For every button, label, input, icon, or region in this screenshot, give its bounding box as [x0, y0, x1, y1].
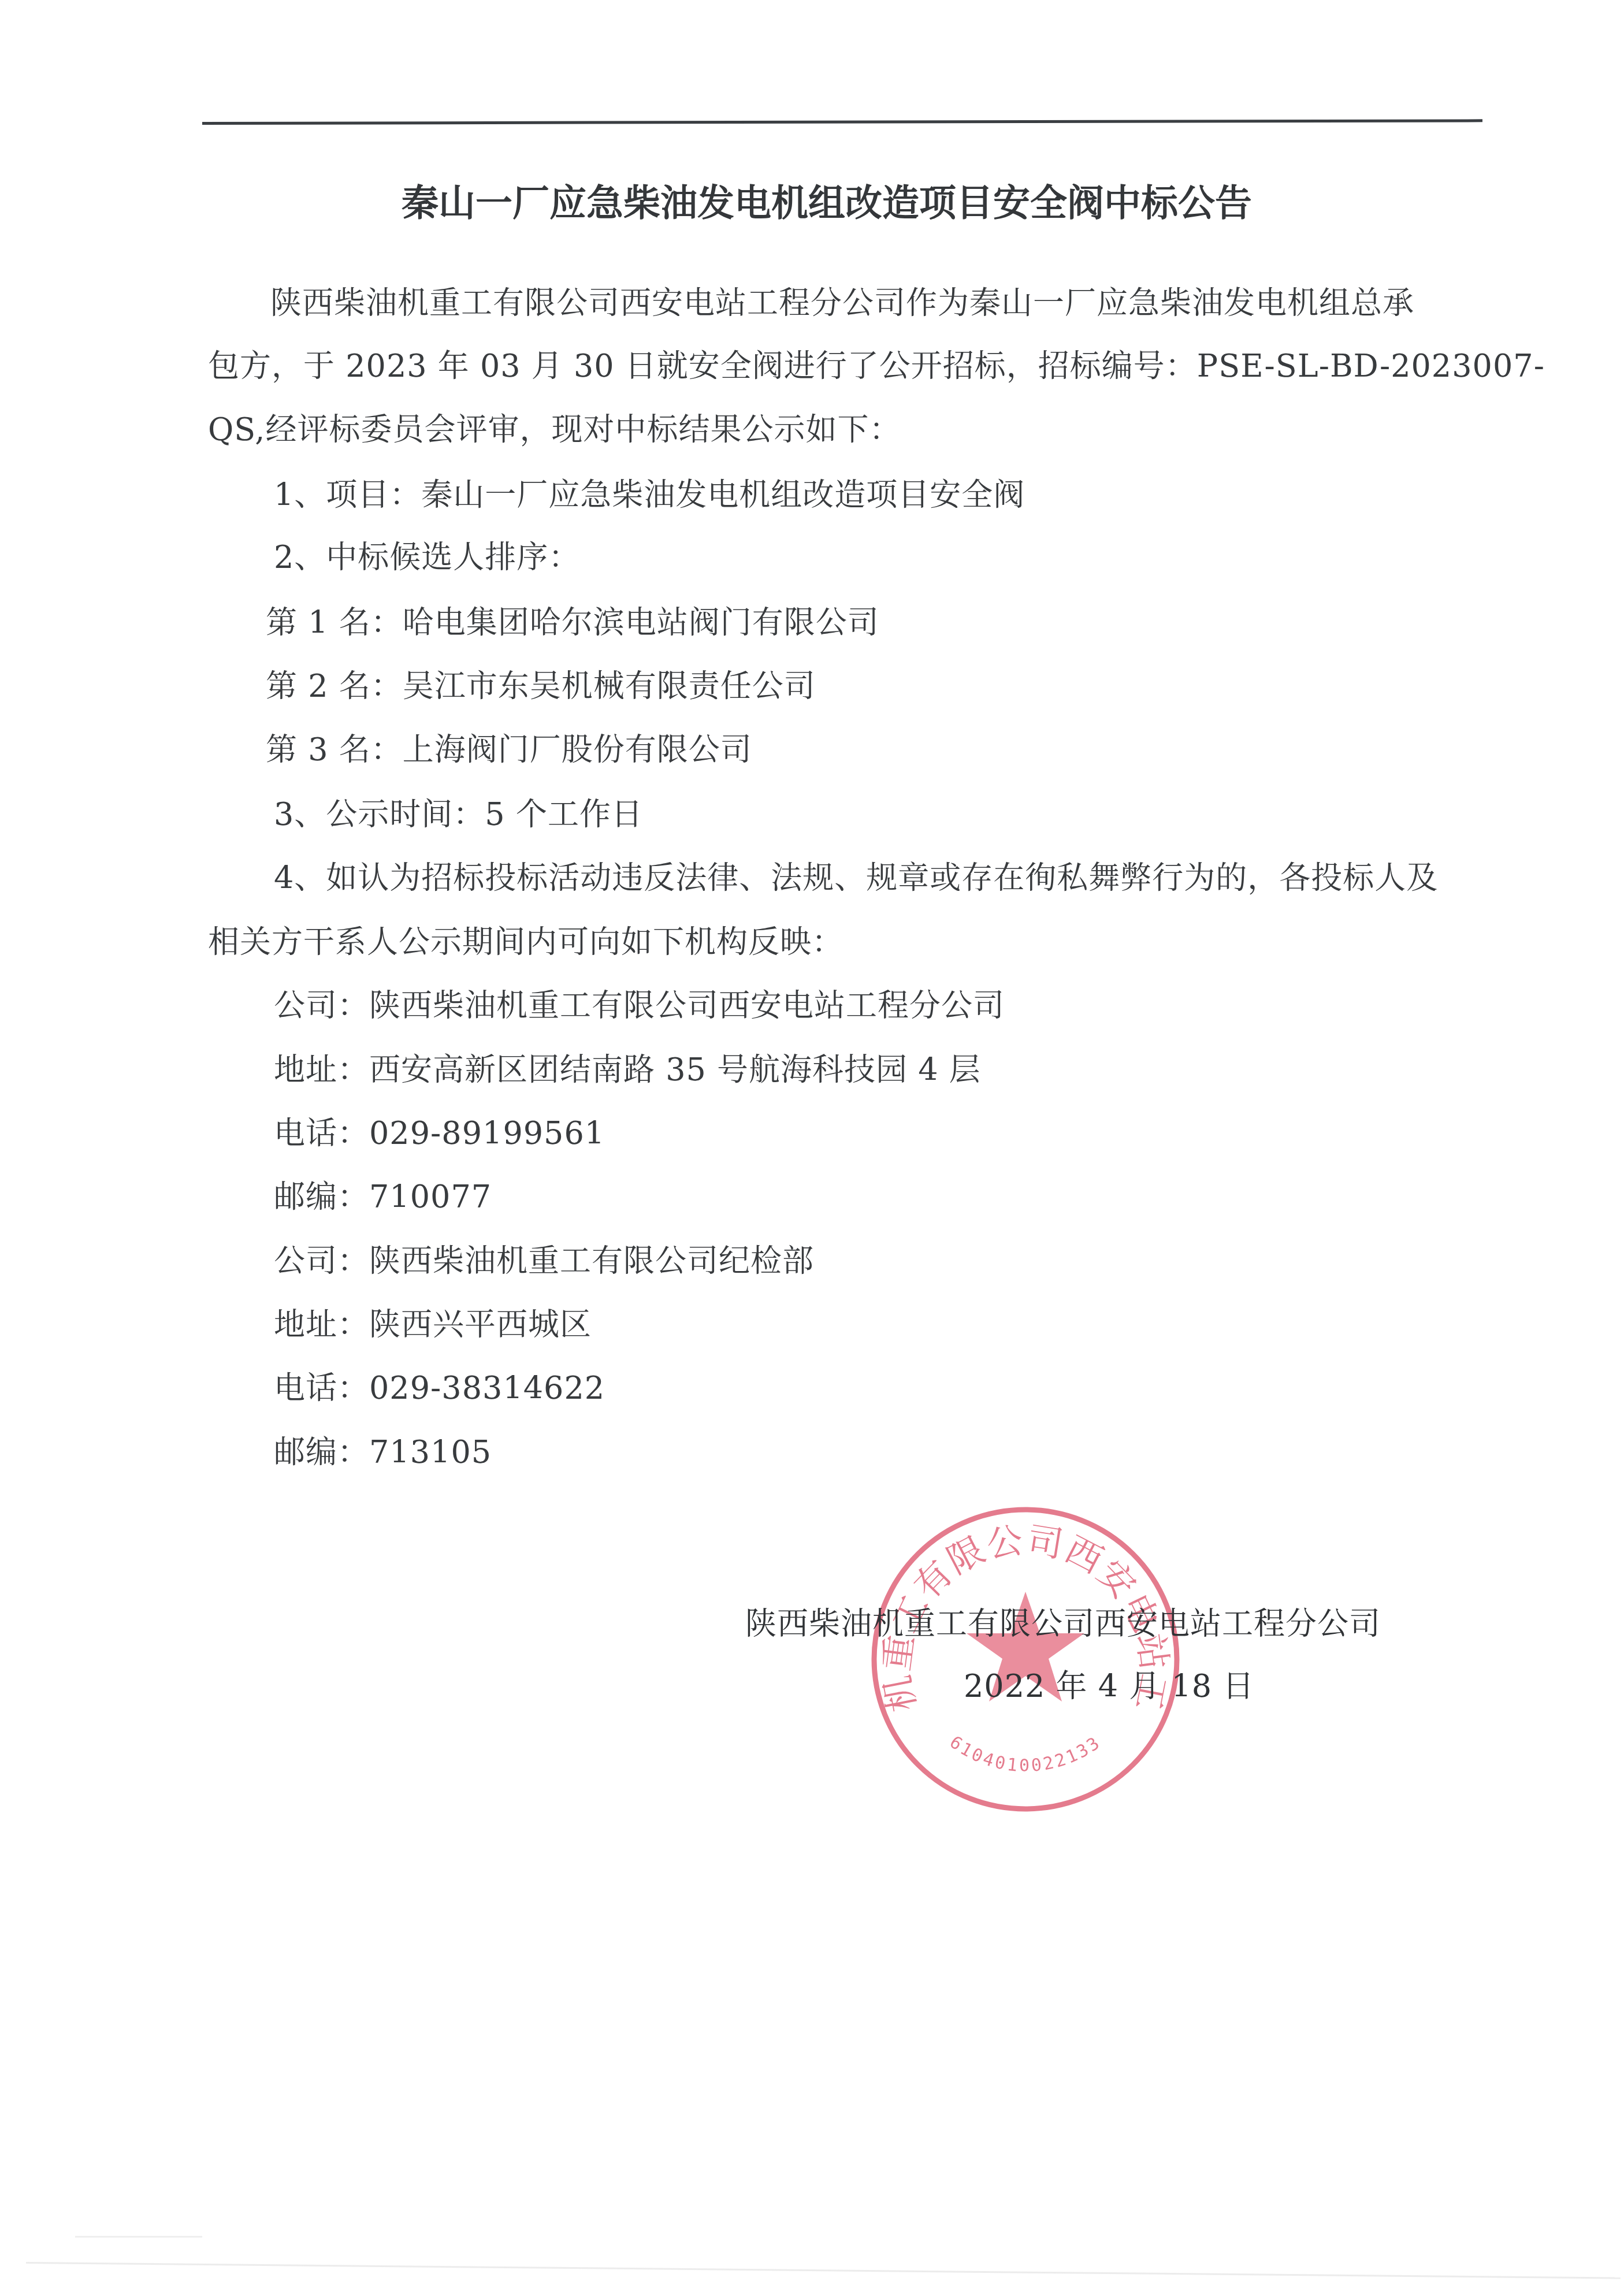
- label: 电话：: [274, 1370, 369, 1406]
- label: 地址：: [274, 1052, 369, 1088]
- item-publicity-period: 3、公示时间：5 个工作日: [274, 794, 643, 835]
- intro-line-1: 陕西柴油机重工有限公司西安电站工程分公司作为秦山一厂应急柴油发电机组总承: [270, 283, 1414, 324]
- item-project: 1、项目：秦山一厂应急柴油发电机组改造项目安全阀: [274, 475, 1025, 515]
- contact-2-company: 公司：陕西柴油机重工有限公司纪检部: [274, 1241, 814, 1281]
- document-page: 秦山一厂应急柴油发电机组改造项目安全阀中标公告 陕西柴油机重工有限公司西安电站工…: [0, 0, 1624, 2285]
- label: 邮编：: [274, 1434, 369, 1470]
- label: 公司：: [274, 1243, 369, 1279]
- scan-artifact: [75, 2236, 202, 2238]
- value: 陕西兴平西城区: [369, 1306, 592, 1343]
- label: 邮编：: [274, 1179, 369, 1215]
- intro-line-2: 包方，于 2023 年 03 月 30 日就安全阀进行了公开招标，招标编号：PS…: [208, 346, 1545, 387]
- candidate-rank-label: 第 2 名：: [266, 668, 403, 704]
- official-seal-icon: 陕西柴油机重工有限公司西安电站工程分公司 6104010022133: [869, 1505, 1181, 1814]
- label: 电话：: [274, 1115, 369, 1151]
- header-rule: [202, 119, 1482, 125]
- svg-text:6104010022133: 6104010022133: [946, 1732, 1105, 1776]
- label: 地址：: [274, 1306, 369, 1343]
- item-candidates-heading: 2、中标候选人排序：: [274, 537, 580, 578]
- seal-code-text: 6104010022133: [946, 1732, 1105, 1776]
- candidate-rank-3: 第 3 名：上海阀门厂股份有限公司: [266, 730, 752, 770]
- value: 029-89199561: [369, 1115, 605, 1151]
- candidate-rank-1: 第 1 名：哈电集团哈尔滨电站阀门有限公司: [266, 603, 879, 643]
- item-complaint-line-1: 4、如认为招标投标活动违反法律、法规、规章或存在徇私舞弊行为的，各投标人及: [274, 858, 1438, 898]
- candidate-rank-2: 第 2 名：吴江市东吴机械有限责任公司: [266, 666, 816, 707]
- contact-2-postcode: 邮编：713105: [274, 1432, 492, 1473]
- candidate-rank-label: 第 3 名：: [266, 731, 403, 768]
- intro-line-3: QS,经评标委员会评审，现对中标结果公示如下：: [208, 410, 901, 450]
- item-complaint-line-2: 相关方干系人公示期间内可向如下机构反映：: [208, 922, 843, 963]
- candidate-name: 上海阀门厂股份有限公司: [403, 731, 752, 768]
- value: 710077: [369, 1179, 492, 1215]
- announcement-title: 秦山一厂应急柴油发电机组改造项目安全阀中标公告: [402, 179, 1303, 228]
- contact-2-address: 地址：陕西兴平西城区: [274, 1305, 592, 1345]
- candidate-name: 哈电集团哈尔滨电站阀门有限公司: [403, 604, 879, 641]
- candidate-rank-label: 第 1 名：: [266, 604, 403, 641]
- value: 713105: [369, 1434, 492, 1470]
- value: 西安高新区团结南路 35 号航海科技园 4 层: [369, 1052, 981, 1088]
- contact-2-phone: 电话：029-38314622: [274, 1368, 605, 1409]
- label: 公司：: [274, 987, 369, 1024]
- scan-artifact: [26, 2262, 1621, 2279]
- contact-1-address: 地址：西安高新区团结南路 35 号航海科技园 4 层: [274, 1050, 981, 1090]
- signature-date: 2022 年 4 月 18 日: [964, 1666, 1254, 1707]
- contact-1-company: 公司：陕西柴油机重工有限公司西安电站工程分公司: [274, 986, 1005, 1026]
- value: 陕西柴油机重工有限公司纪检部: [369, 1243, 814, 1279]
- candidate-name: 吴江市东吴机械有限责任公司: [403, 668, 816, 704]
- signature-company: 陕西柴油机重工有限公司西安电站工程分公司: [745, 1604, 1381, 1644]
- contact-1-postcode: 邮编：710077: [274, 1177, 492, 1217]
- contact-1-phone: 电话：029-89199561: [274, 1113, 605, 1154]
- value: 029-38314622: [369, 1370, 605, 1406]
- value: 陕西柴油机重工有限公司西安电站工程分公司: [369, 987, 1005, 1024]
